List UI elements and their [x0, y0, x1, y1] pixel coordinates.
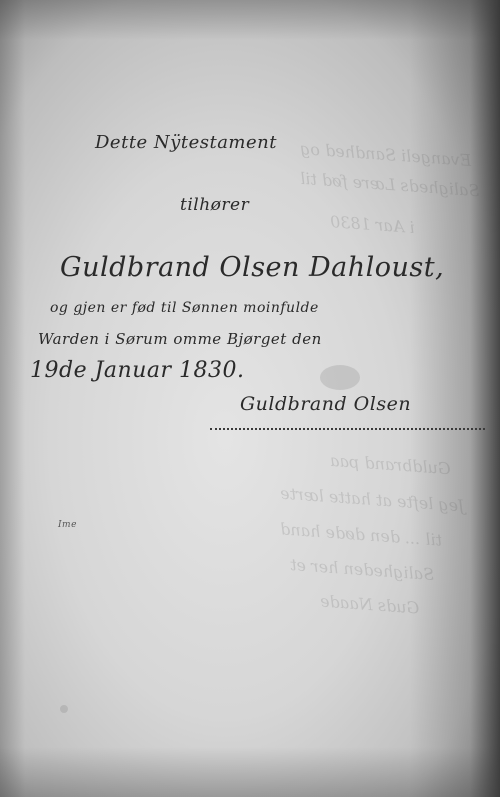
- bleed-through-text: Saligheds Lære fød til: [300, 169, 481, 200]
- inscription-line-body: og gjen er fød til Sønnen moinfulde: [50, 300, 319, 316]
- bleed-through-text: Guldbrand paa: [329, 451, 451, 478]
- margin-note: Ime: [58, 520, 77, 530]
- inscription-line-belongs-to: tilhører: [180, 195, 249, 215]
- signature: Guldbrand Olsen: [240, 393, 411, 415]
- bleed-through-text: Jeg lefte at hatte lærte: [280, 484, 466, 516]
- bleed-through-text: til ... den døde hand: [280, 519, 443, 549]
- bleed-through-text: i Aar 1830: [329, 212, 415, 237]
- inscription-line-title: Dette Nÿtestament: [95, 132, 277, 153]
- inscription-line-date: 19de Januar 1830.: [30, 358, 244, 383]
- bleed-through-text: Saligheden her et: [290, 555, 435, 584]
- bleed-through-text: Evangeli Sandhed og: [300, 139, 473, 170]
- document-page: Evangeli Sandhed og Saligheds Lære fød t…: [0, 0, 500, 797]
- bleed-through-text: Guds Naade: [319, 592, 420, 618]
- signature-flourish: [210, 420, 485, 430]
- inscription-line-owner-name: Guldbrand Olsen Dahloust,: [60, 252, 444, 283]
- stain: [60, 705, 68, 713]
- stain: [320, 365, 360, 390]
- inscription-line-body: Warden i Sørum omme Bjørget den: [38, 330, 322, 348]
